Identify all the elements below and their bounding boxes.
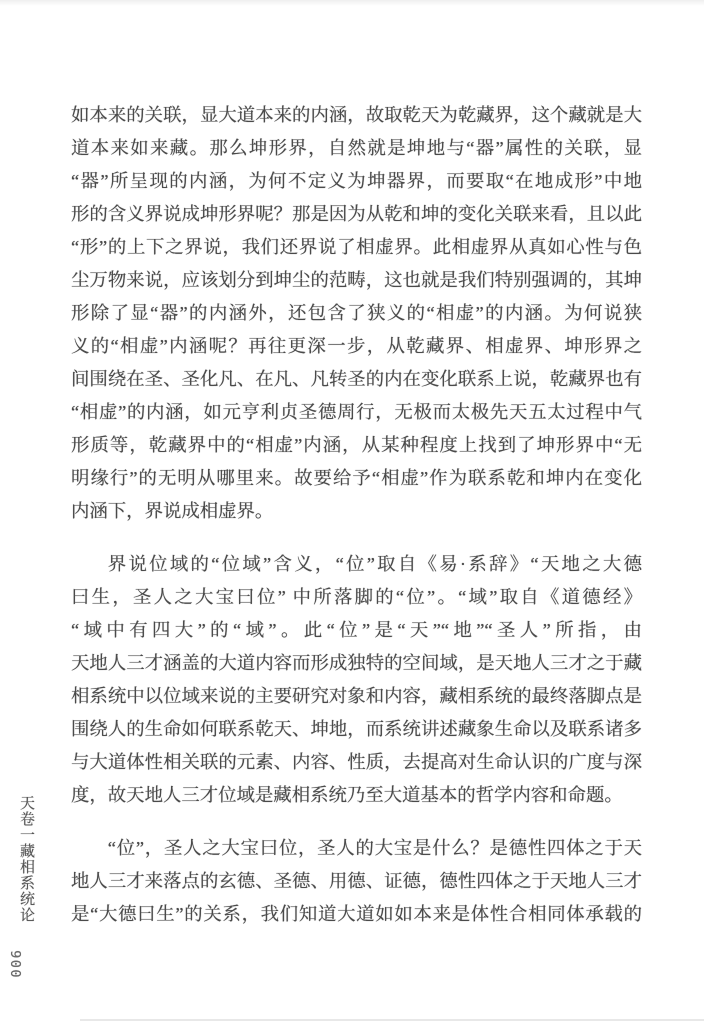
text-line: 界说位域的“位域”含义，“位”取自《易·系辞》“天地之大德 <box>71 548 642 581</box>
text-line: 如本来的关联，显大道本来的内涵，故取乾天为乾藏界，这个藏就是大 <box>71 99 642 132</box>
text-line: 地人三才来落点的玄德、圣德、用德、证德，德性四体之于天地人三才 <box>71 865 642 898</box>
text-line: 围绕人的生命如何联系乾天、坤地，而系统讲述藏象生命以及联系诸多 <box>71 713 642 746</box>
text-line: 曰生，圣人之大宝曰位” 中所落脚的“位”。“域”取自《道德经》 <box>71 581 642 614</box>
scan-edge-bottom <box>80 1019 704 1021</box>
text-line: “形”的上下之界说，我们还界说了相虚界。此相虚界从真如心性与色 <box>71 231 642 264</box>
book-page: 如本来的关联，显大道本来的内涵，故取乾天为乾藏界，这个藏就是大道本来如来藏。那么… <box>0 0 704 1024</box>
text-line: 道本来如来藏。那么坤形界，自然就是坤地与“器”属性的关联，显 <box>71 132 642 165</box>
page-number: 006 <box>10 938 24 988</box>
paragraph: “位”，圣人之大宝曰位，圣人的大宝是什么？是德性四体之于天地人三才来落点的玄德、… <box>71 832 642 931</box>
text-line: 形的含义界说成坤形界呢？那是因为从乾和坤的变化关联来看，且以此 <box>71 198 642 231</box>
text-line: 形质等，乾藏界中的“相虚”内涵，从某种程度上找到了坤形界中“无 <box>71 429 642 462</box>
text-line: 明缘行”的无明从哪里来。故要给予“相虚”作为联系乾和坤内在变化 <box>71 462 642 495</box>
text-line: 内涵下，界说成相虚界。 <box>71 495 642 528</box>
text-line: 尘万物来说，应该划分到坤尘的范畴，这也就是我们特别强调的，其坤 <box>71 264 642 297</box>
text-line: 度，故天地人三才位域是藏相系统乃至大道基本的哲学内容和命题。 <box>71 779 642 812</box>
text-line: 间围绕在圣、圣化凡、在凡、凡转圣的内在变化联系上说，乾藏界也有 <box>71 363 642 396</box>
text-line: 形除了显“器”的内涵外，还包含了狭义的“相虚”的内涵。为何说狭 <box>71 297 642 330</box>
text-line: 是“大德曰生”的关系，我们知道大道如如本来是体性合相同体承载的 <box>71 898 642 931</box>
text-line: “器”所呈现的内涵，为何不定义为坤器界，而要取“在地成形”中地 <box>71 165 642 198</box>
text-line: “位”，圣人之大宝曰位，圣人的大宝是什么？是德性四体之于天 <box>71 832 642 865</box>
text-line: “相虚”的内涵，如元亨利贞圣德周行，无极而太极先天五太过程中气 <box>71 396 642 429</box>
spine-title: 天卷一藏相系统论 <box>16 795 37 923</box>
text-line: 相系统中以位域来说的主要研究对象和内容，藏相系统的最终落脚点是 <box>71 680 642 713</box>
text-line: 天地人三才涵盖的大道内容而形成独特的空间域，是天地人三才之于藏 <box>71 647 642 680</box>
paragraph: 界说位域的“位域”含义，“位”取自《易·系辞》“天地之大德曰生，圣人之大宝曰位”… <box>71 548 642 812</box>
text-line: “域中有四大”的“域”。此“位”是“天”“地”“圣人”所指，由 <box>71 614 642 647</box>
scan-edge-top <box>0 0 704 6</box>
body-text: 如本来的关联，显大道本来的内涵，故取乾天为乾藏界，这个藏就是大道本来如来藏。那么… <box>71 99 642 951</box>
text-line: 与大道体性相关联的元素、内容、性质，去提高对生命认识的广度与深 <box>71 746 642 779</box>
paragraph: 如本来的关联，显大道本来的内涵，故取乾天为乾藏界，这个藏就是大道本来如来藏。那么… <box>71 99 642 528</box>
text-line: 义的“相虚”内涵呢？再往更深一步，从乾藏界、相虚界、坤形界之 <box>71 330 642 363</box>
